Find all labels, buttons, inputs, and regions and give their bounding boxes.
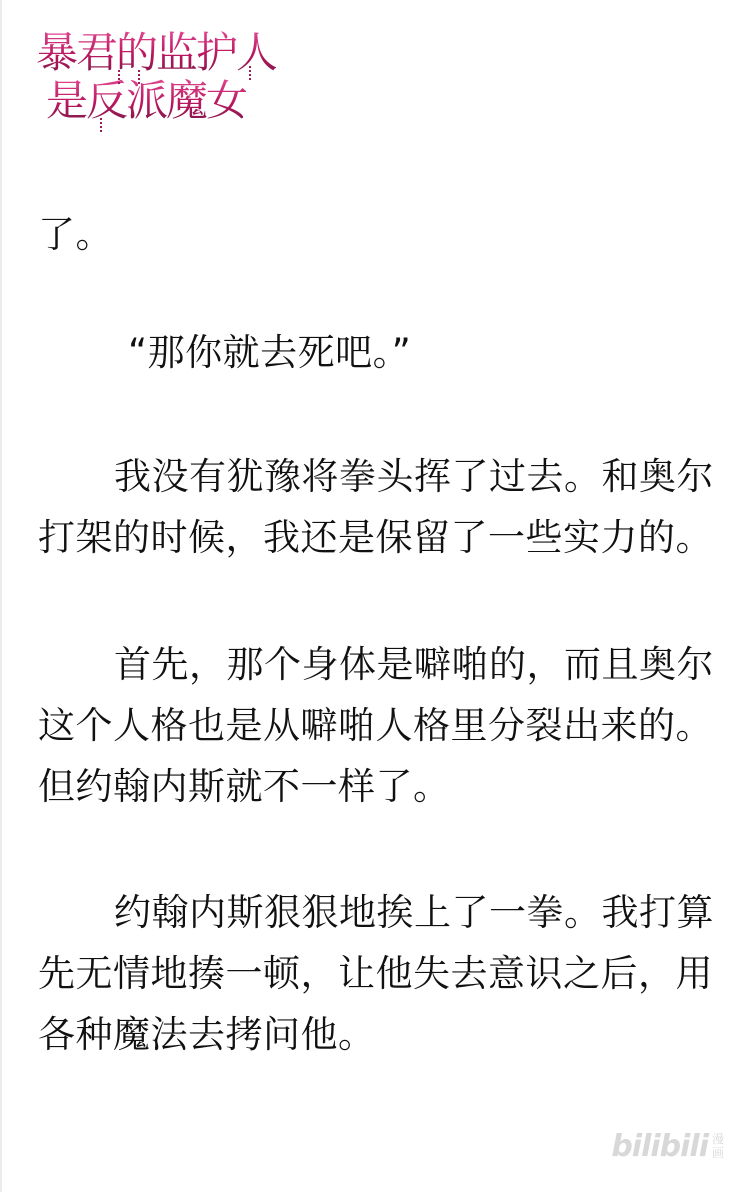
comic-title-logo: 暴君的监护人 是反派魔女 (36, 26, 266, 136)
watermark-sub-char: 漫 (712, 1132, 724, 1146)
paragraph-4: 首先，那个身体是噼啪的，而且奥尔 这个人格也是从噼啪人格里分裂出来的。 但约翰内… (38, 634, 728, 817)
paragraph-1: 了。 (38, 204, 728, 265)
logo-title-line-1: 暴君的监护人 (36, 30, 276, 76)
text-line: 这个人格也是从噼啪人格里分裂出来的。 (38, 695, 728, 756)
watermark-subtitle: 漫 画 (712, 1132, 724, 1160)
watermark-brand: bilibili (611, 1129, 708, 1164)
text-line: 打架的时候，我还是保留了一些实力的。 (38, 507, 728, 568)
paragraph-2-dialogue: “那你就去死吧。” (38, 322, 728, 383)
logo-ornament-dots (118, 70, 122, 84)
text-line: 各种魔法去拷问他。 (38, 1004, 728, 1065)
text-line: “那你就去死吧。” (38, 322, 728, 383)
text-line: 首先，那个身体是噼啪的，而且奥尔 (38, 634, 728, 695)
page-edge-divider (0, 0, 2, 1192)
paragraph-5: 约翰内斯狠狠地挨上了一拳。我打算 先无情地揍一顿，让他失去意识之后，用 各种魔法… (38, 882, 728, 1065)
bilibili-comics-watermark: bilibili 漫 画 (611, 1126, 724, 1166)
logo-title-line-2: 是反派魔女 (46, 78, 246, 124)
text-line: 约翰内斯狠狠地挨上了一拳。我打算 (38, 882, 728, 943)
text-line: 但约翰内斯就不一样了。 (38, 756, 728, 817)
paragraph-3: 我没有犹豫将拳头挥了过去。和奥尔 打架的时候，我还是保留了一些实力的。 (38, 446, 728, 568)
watermark-sub-char: 画 (712, 1146, 724, 1160)
text-line: 先无情地揍一顿，让他失去意识之后，用 (38, 943, 728, 1004)
logo-ornament-dots (138, 70, 142, 84)
text-line: 我没有犹豫将拳头挥了过去。和奥尔 (38, 446, 728, 507)
logo-ornament-dots (100, 118, 104, 132)
logo-ornament-dots (249, 66, 253, 80)
text-line: 了。 (38, 204, 728, 265)
